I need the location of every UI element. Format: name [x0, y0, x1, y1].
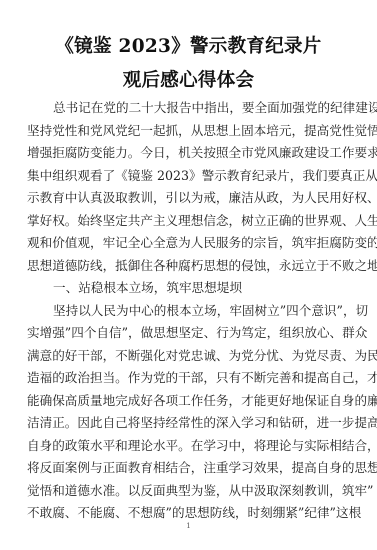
paragraph-line: 掌好权。始终坚定共产主义理想信念，树立正确的世界观、人生	[27, 212, 353, 230]
paragraph-line: 洁清正。因此自己将坚持经常性的深入学习和钻研，进一步提高	[27, 414, 353, 432]
paragraph-line: 觉悟和道德水准。以反面典型为鉴，从中汲取深刻教训，筑牢”	[27, 482, 353, 500]
page-number: 1	[0, 522, 377, 530]
paragraph-line: 观和价值观，牢记全心全意为人民服务的宗旨，筑牢拒腐防变的	[27, 234, 353, 252]
paragraph-first-line: 总书记在党的二十大报告中指出，要全面加强党的纪律建设，	[53, 99, 353, 117]
paragraph-line: 自身的政策水平和理论水平。在学习中，将理论与实际相结合，	[27, 437, 353, 455]
paragraph-first-line: 一、站稳根本立场，筑牢思想堤坝	[53, 279, 353, 297]
paragraph-line: 不敢腐、不能腐、不想腐”的思想防线，时刻绷紧”纪律”这根	[27, 504, 353, 522]
paragraph-line: 将反面案例与正面教育相结合，注重学习效果，提高自身的思想	[27, 459, 353, 477]
paragraph-line: 集中组织观看了《镜鉴 2023》警示教育纪录片，我们要真正从警	[27, 167, 353, 185]
paragraph-first-line: 坚持以人民为中心的根本立场，牢固树立”四个意识”，切	[53, 302, 353, 320]
paragraph-line: 示教育中认真汲取教训，引以为戒，廉洁从政，为人民用好权、	[27, 189, 353, 207]
document-subtitle: 观后感心得体会	[0, 66, 377, 92]
paragraph-line: 增强拒腐防变能力。今日，机关按照全市党风廉政建设工作要求，	[27, 144, 353, 162]
document-title: 《镜鉴 2023》警示教育纪录片	[0, 32, 377, 58]
paragraph-line: 满意的好干部，不断强化对党忠诚、为党分忧、为党尽责、为民	[27, 347, 353, 365]
paragraph-line: 造福的政治担当。作为党的干部，只有不断完善和提高自己，才	[27, 369, 353, 387]
paragraph-line: 坚持党性和党风党纪一起抓，从思想上固本培元，提高党性觉悟，	[27, 122, 353, 140]
paragraph-line: 思想道德防线，抵御住各种腐朽思想的侵蚀，永远立于不败之地。	[27, 257, 353, 275]
paragraph-line: 实增强”四个自信”，做思想坚定、行为笃定，组织放心、群众	[27, 324, 353, 342]
paragraph-line: 能确保高质量地完成好各项工作任务，才能更好地保证自身的廉	[27, 392, 353, 410]
